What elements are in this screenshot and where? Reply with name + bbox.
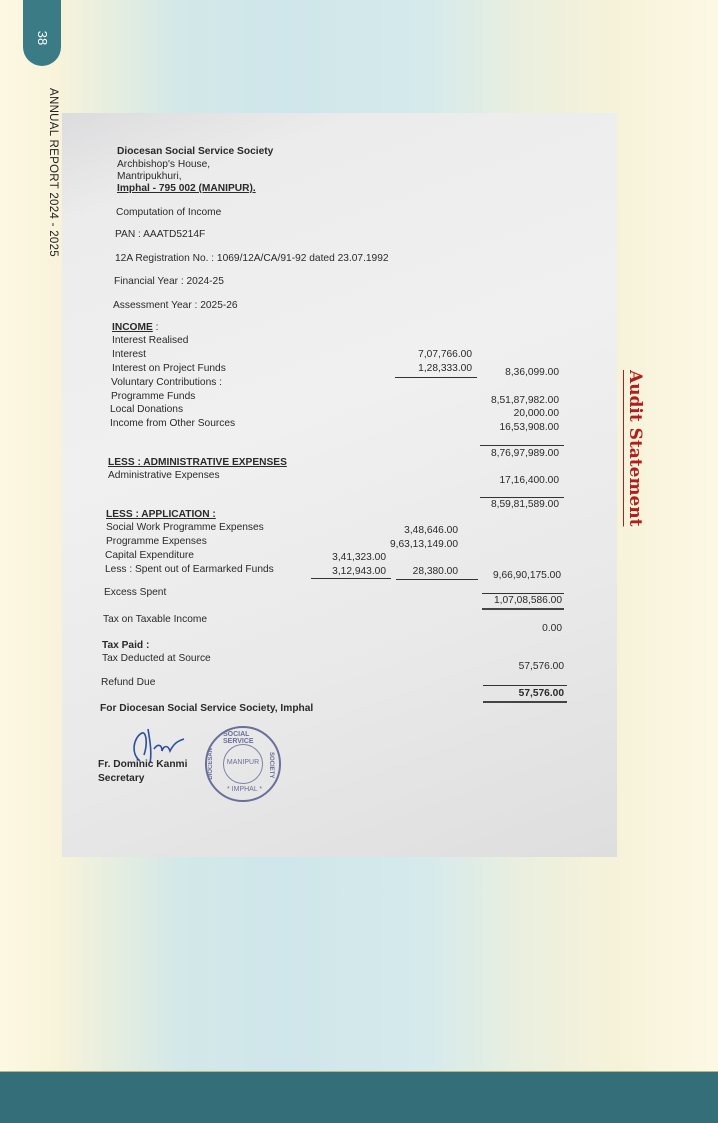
interest-label: Interest: [112, 349, 146, 360]
programme-funds-amount: 8,51,87,982.00: [449, 395, 559, 406]
interest-subtotal: 8,36,099.00: [449, 367, 559, 378]
registration-number: 12A Registration No. : 1069/12A/CA/91-92…: [115, 253, 389, 264]
rule: [311, 578, 391, 579]
assessment-year: Assessment Year : 2025-26: [113, 300, 238, 311]
computation-of-income-document: Diocesan Social Service Society Archbish…: [62, 113, 617, 857]
rule: [483, 701, 567, 703]
interest-realised-label: Interest Realised: [112, 335, 188, 346]
rule: [483, 685, 567, 686]
local-donations-amount: 20,000.00: [449, 408, 559, 419]
net-after-admin: 8,59,81,589.00: [449, 499, 559, 510]
section-title: Audit Statement: [625, 370, 645, 527]
society-seal: SOCIAL SERVICE DIOCESAN SOCIETY MANIPUR …: [205, 726, 281, 802]
footer-band: [0, 1071, 718, 1123]
social-work-amount: 3,48,646.00: [348, 525, 458, 536]
refund-due-label: Refund Due: [101, 677, 155, 688]
tax-taxable-label: Tax on Taxable Income: [103, 614, 207, 625]
document-title: Computation of Income: [116, 207, 221, 218]
signatory-title: Secretary: [98, 773, 144, 784]
seal-bottom-text: * IMPHAL *: [227, 786, 262, 793]
local-donations-label: Local Donations: [110, 404, 183, 415]
excess-spent-label: Excess Spent: [104, 587, 166, 598]
signatory-name: Fr. Dominic Kanmi: [98, 759, 187, 770]
org-name: Diocesan Social Service Society: [117, 146, 273, 157]
address-line-1: Archbishop's House,: [117, 159, 210, 170]
signoff: For Diocesan Social Service Society, Imp…: [100, 703, 313, 714]
excess-spent-amount: 1,07,08,586.00: [452, 595, 562, 606]
application-total: 9,66,90,175.00: [451, 570, 561, 581]
programme-expenses-amount: 9,63,13,149.00: [348, 539, 458, 550]
address-line-2: Mantripukhuri,: [117, 171, 182, 182]
audit-document-photo: Diocesan Social Service Society Archbish…: [62, 113, 617, 857]
capital-expenditure-amount: 3,41,323.00: [276, 552, 386, 563]
earmarked-net: 28,380.00: [348, 566, 458, 577]
rule: [480, 497, 564, 498]
capital-expenditure-label: Capital Expenditure: [105, 550, 194, 561]
application-heading: LESS : APPLICATION :: [106, 509, 216, 520]
rule: [482, 608, 564, 610]
tds-label: Tax Deducted at Source: [102, 653, 211, 664]
other-sources-amount: 16,53,908.00: [449, 422, 559, 433]
voluntary-contributions-label: Voluntary Contributions :: [111, 377, 222, 388]
income-heading: INCOME :: [112, 322, 158, 333]
rule: [480, 445, 564, 446]
income-total: 8,76,97,989.00: [449, 448, 559, 459]
programme-funds-label: Programme Funds: [111, 391, 195, 402]
seal-top-text: SOCIAL SERVICE: [223, 731, 279, 745]
admin-expenses-label: Administrative Expenses: [108, 470, 220, 481]
seal-center-text: MANIPUR: [207, 759, 279, 766]
financial-year: Financial Year : 2024-25: [114, 276, 224, 287]
other-sources-label: Income from Other Sources: [110, 418, 235, 429]
rule: [482, 593, 564, 594]
tax-paid-heading: Tax Paid :: [102, 640, 149, 651]
pan-number: PAN : AAATD5214F: [115, 229, 205, 240]
page-number: 38: [35, 19, 50, 57]
report-label: ANNUAL REPORT 2024 - 2025: [47, 88, 59, 257]
social-work-label: Social Work Programme Expenses: [106, 522, 264, 533]
address-line-3: Imphal - 795 002 (MANIPUR).: [117, 183, 256, 194]
earmarked-label: Less : Spent out of Earmarked Funds: [105, 564, 274, 575]
interest-project-label: Interest on Project Funds: [112, 363, 226, 374]
refund-due-amount: 57,576.00: [454, 688, 564, 699]
interest-amount: 7,07,766.00: [362, 349, 472, 360]
tax-taxable-amount: 0.00: [452, 623, 562, 634]
page-number-tab: 38: [23, 0, 61, 66]
admin-expenses-amount: 17,16,400.00: [449, 475, 559, 486]
tds-amount: 57,576.00: [454, 661, 564, 672]
admin-heading: LESS : ADMINISTRATIVE EXPENSES: [108, 457, 287, 468]
programme-expenses-label: Programme Expenses: [106, 536, 207, 547]
